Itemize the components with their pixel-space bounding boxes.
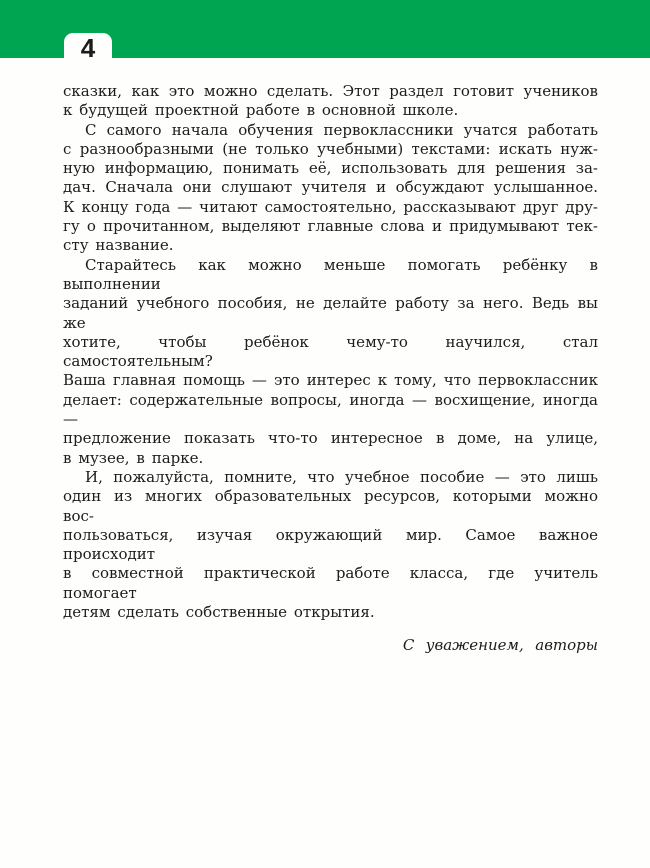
text-line: с разнообразными (не только учебными) те… <box>63 140 598 159</box>
text-line: ную информацию, понимать её, использоват… <box>63 159 598 178</box>
text-line: сказки, как это можно сделать. Этот разд… <box>63 82 598 101</box>
text-line: к будущей проектной работе в основной шк… <box>63 101 598 120</box>
text-line: И, пожалуйста, помните, что учебное посо… <box>63 468 598 487</box>
signature-line: С уважением, авторы <box>63 636 598 655</box>
text-line: К концу года — читают самостоятельно, ра… <box>63 198 598 217</box>
text-line: гу о прочитанном, выделяют главные слова… <box>63 217 598 236</box>
text-line: С самого начала обучения первоклассники … <box>63 121 598 140</box>
text-line: Ваша главная помощь — это интерес к тому… <box>63 371 598 390</box>
text-line: делает: содержательные вопросы, иногда —… <box>63 391 598 430</box>
text-line: пользоваться, изучая окружающий мир. Сам… <box>63 526 598 565</box>
body-text: сказки, как это можно сделать. Этот разд… <box>63 82 598 656</box>
text-line: Старайтесь как можно меньше помогать реб… <box>63 256 598 295</box>
text-line: предложение показать что-то интересное в… <box>63 429 598 448</box>
text-line: дач. Сначала они слушают учителя и обсуж… <box>63 178 598 197</box>
text-line: в совместной практической работе класса,… <box>63 564 598 603</box>
body-paragraphs: сказки, как это можно сделать. Этот разд… <box>63 82 598 622</box>
text-line: детям сделать собственные открытия. <box>63 603 598 622</box>
text-line: заданий учебного пособия, не делайте раб… <box>63 294 598 333</box>
text-line: сту название. <box>63 236 598 255</box>
page-number-tab: 4 <box>64 33 112 75</box>
text-line: в музее, в парке. <box>63 449 598 468</box>
text-line: один из многих образовательных ресурсов,… <box>63 487 598 526</box>
page-number: 4 <box>81 33 95 63</box>
book-page: 4 сказки, как это можно сделать. Этот ра… <box>0 0 650 868</box>
text-line: хотите, чтобы ребёнок чему-то научился, … <box>63 333 598 372</box>
